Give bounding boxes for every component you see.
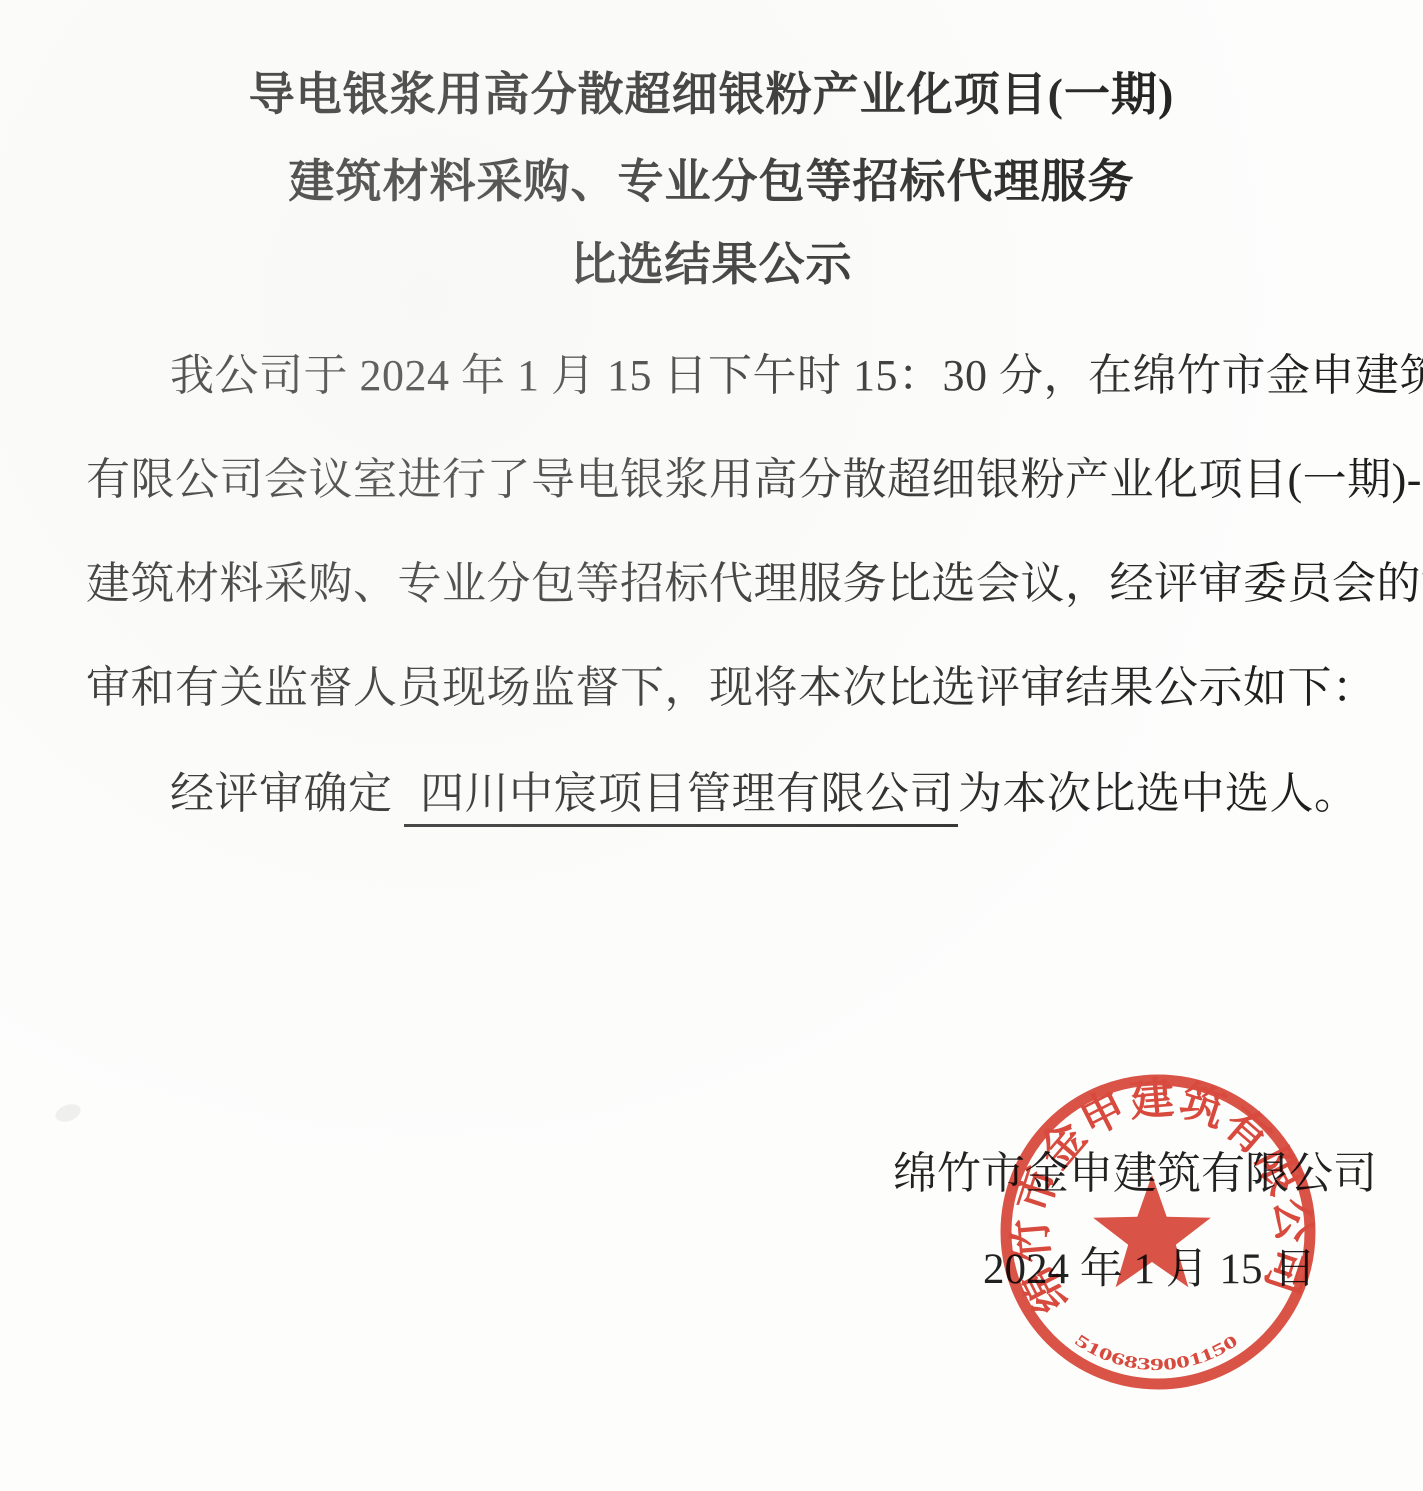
document-title-line-1: 导电银浆用高分散超细银粉产业化项目(一期) bbox=[0, 72, 1423, 118]
result-statement-suffix: 为本次比选中选人。 bbox=[958, 769, 1359, 818]
body-text-line-4: 审和有关监督人员现场监督下，现将本次比选评审结果公示如下： bbox=[86, 666, 1377, 710]
company-seal-stamp: 绵竹市金申建筑有限公司 5106839001150 bbox=[992, 1065, 1332, 1405]
body-text-line-2: 有限公司会议室进行了导电银浆用高分散超细银粉产业化项目(一期)- bbox=[86, 458, 1422, 502]
seal-ring-text: 绵竹市金申建筑有限公司 bbox=[1006, 1074, 1318, 1321]
body-text-line-1: 我公司于 2024 年 1 月 15 日下午时 15：30 分，在绵竹市金申建筑 bbox=[170, 354, 1423, 398]
document-title-line-2: 建筑材料采购、专业分包等招标代理服务 bbox=[0, 159, 1423, 205]
body-text-line-5: 经评审确定 四川中宸项目管理有限公司为本次比选中选人。 bbox=[170, 772, 1359, 816]
scanned-document-page: 导电银浆用高分散超细银粉产业化项目(一期) 建筑材料采购、专业分包等招标代理服务… bbox=[0, 0, 1423, 1491]
scan-smudge bbox=[53, 1101, 83, 1125]
seal-star-icon bbox=[1093, 1175, 1211, 1287]
document-title-line-3: 比选结果公示 bbox=[0, 242, 1423, 288]
result-statement-prefix: 经评审确定 bbox=[170, 769, 404, 818]
body-text-line-3: 建筑材料采购、专业分包等招标代理服务比选会议，经评审委员会的评 bbox=[86, 562, 1423, 606]
winning-company-name: 四川中宸项目管理有限公司 bbox=[404, 769, 958, 827]
